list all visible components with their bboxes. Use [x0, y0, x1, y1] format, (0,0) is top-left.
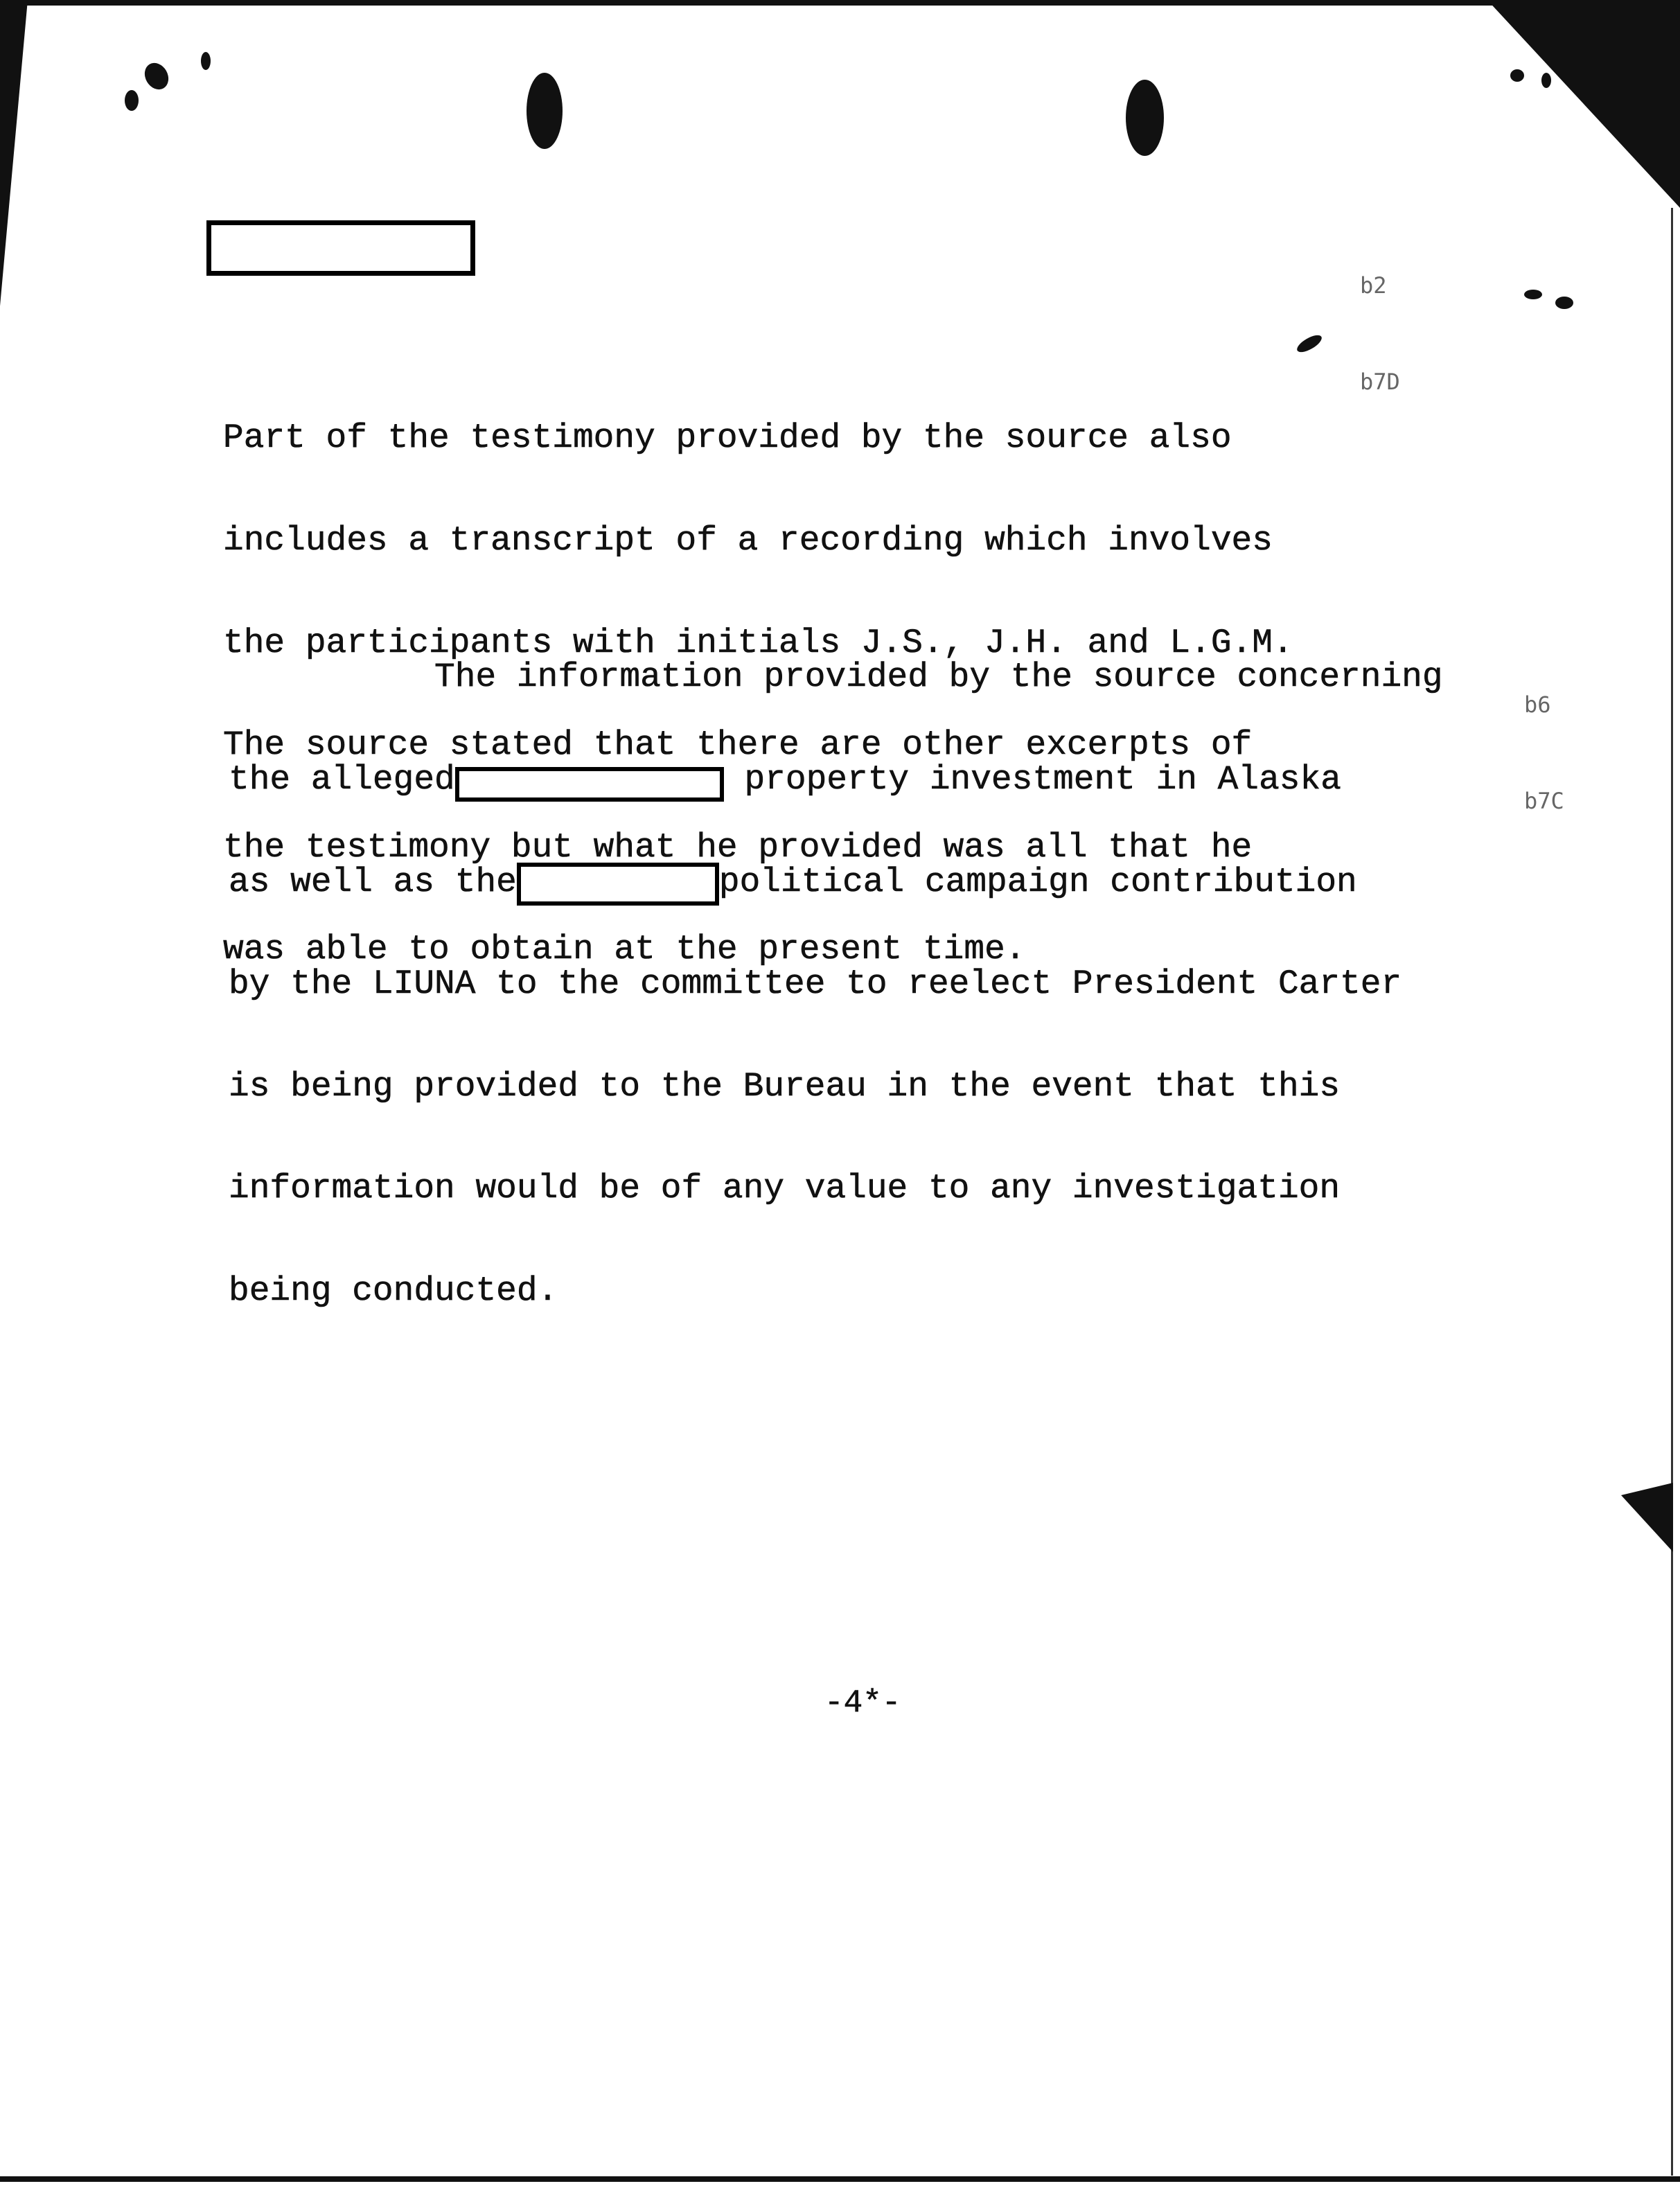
exemption-code: b7D — [1360, 367, 1413, 400]
text-line: The information provided by the source c… — [229, 660, 1443, 694]
text-segment: the alleged — [229, 760, 455, 799]
scan-speck — [1555, 297, 1573, 309]
punch-hole-left — [527, 73, 563, 149]
text-segment: as well as the — [229, 863, 517, 901]
text-line: information would be of any value to any… — [229, 1172, 1443, 1206]
document-page: b2 b7D Part of the testimony provided by… — [0, 0, 1680, 2186]
paragraph-2: The information provided by the source c… — [229, 592, 1443, 1377]
text-segment: property investment in Alaska — [724, 760, 1341, 799]
redaction-box — [455, 767, 724, 802]
scan-edge-tab — [1621, 1483, 1673, 1552]
page-number: -4*- — [824, 1685, 901, 1721]
text-segment: political campaign contribution — [719, 863, 1357, 901]
punch-hole-right — [1126, 80, 1164, 156]
scan-edge-left — [0, 0, 28, 2186]
text-line: includes a transcript of a recording whi… — [223, 524, 1293, 558]
scan-edge-top — [0, 0, 1680, 6]
text-line: by the LIUNA to the committee to reelect… — [229, 967, 1443, 1001]
scan-speck — [1295, 332, 1325, 355]
scan-speck — [140, 59, 173, 94]
text-line: as well as thepolitical campaign contrib… — [229, 865, 1443, 899]
exemption-codes-top: b2 b7D — [1360, 208, 1413, 463]
scan-corner-fold — [1479, 0, 1680, 208]
scan-speck — [1541, 73, 1551, 88]
redaction-box — [517, 863, 719, 906]
exemption-code: b2 — [1360, 270, 1413, 304]
scan-edge-right — [1671, 208, 1673, 2176]
text-line: the alleged property investment in Alask… — [229, 763, 1443, 797]
scan-edge-bottom — [0, 2176, 1680, 2182]
exemption-code: b7C — [1524, 786, 1577, 820]
scan-speck — [125, 90, 139, 111]
scan-speck — [1524, 290, 1542, 299]
scan-speck — [1510, 69, 1524, 82]
exemption-codes-middle: b6 b7C — [1524, 627, 1577, 882]
text-line: Part of the testimony provided by the so… — [223, 421, 1293, 455]
scan-speck — [201, 52, 211, 70]
text-line: is being provided to the Bureau in the e… — [229, 1070, 1443, 1104]
redaction-box — [206, 220, 475, 276]
text-line: being conducted. — [229, 1274, 1443, 1308]
exemption-code: b6 — [1524, 689, 1577, 723]
